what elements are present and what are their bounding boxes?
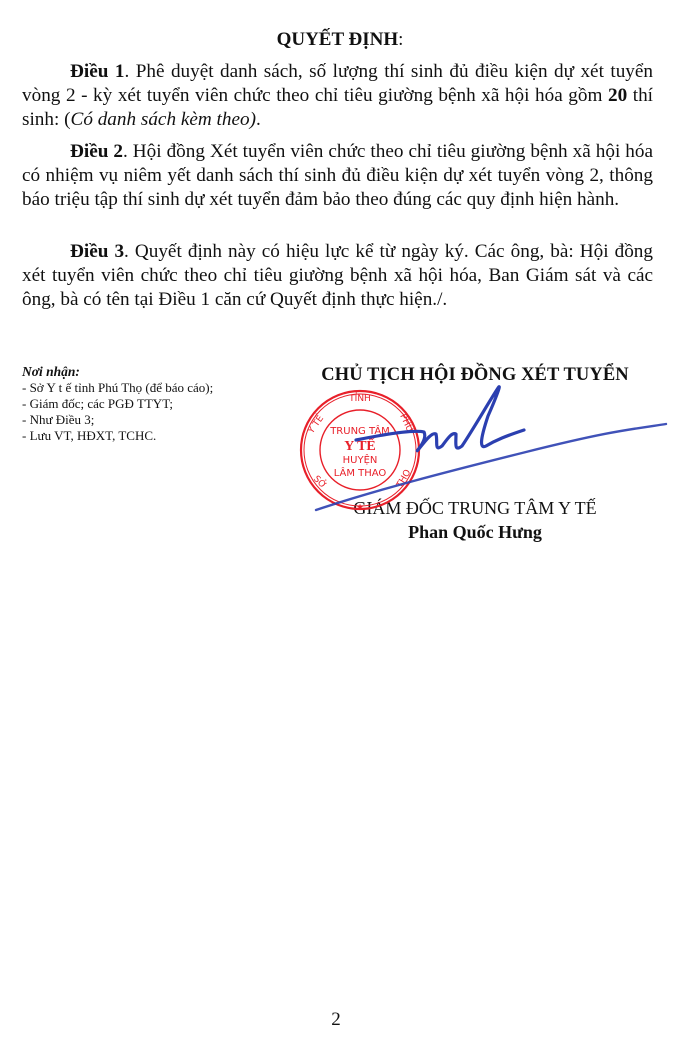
stamp-ring-left: Y TẾ [304,413,326,437]
heading-colon: : [398,29,403,50]
stamp-ring-bottom-left: SỞ [311,473,329,491]
stamp-line-4: LÂM THAO [334,466,387,479]
signatory-position: GIÁM ĐỐC TRUNG TÂM Y TẾ [300,497,650,519]
stamp-line-2: Y TẾ [344,437,376,454]
recipients-block: Nơi nhận: - Sở Y t ế tỉnh Phú Thọ (để bá… [22,364,213,444]
recipients-list: - Sở Y t ế tỉnh Phú Thọ (để báo cáo); - … [22,380,213,444]
stamp-ring-top: TỈNH [348,392,371,404]
recipient-item: - Sở Y t ế tỉnh Phú Thọ (để báo cáo); [22,380,213,396]
stamp-ring-right: PHÚ [397,412,416,434]
stamp-line-1: TRUNG TÂM [329,424,390,437]
recipient-item: - Giám đốc; các PGĐ TTYT; [22,396,213,412]
handwritten-signature-icon [316,387,666,510]
signatory-title: CHỦ TỊCH HỘI ĐỒNG XÉT TUYỂN [300,363,650,387]
article-2: Điều 2. Hội đồng Xét tuyển viên chức the… [22,140,653,212]
document-page: QUYẾT ĐỊNH: Điều 1. Phê duyệt danh sách,… [0,0,700,1058]
official-stamp-icon: TỈNH Y TẾ PHÚ SỞ THỌ TRUNG TÂM Y TẾ HUYỆ… [301,391,419,513]
recipient-item: - Lưu VT, HĐXT, TCHC. [22,428,213,444]
article-1: Điều 1. Phê duyệt danh sách, số lượng th… [22,60,653,132]
candidate-count: 20 [608,85,627,106]
stamp-ring-bottom-right: THỌ [395,468,414,491]
signature-block: CHỦ TỊCH HỘI ĐỒNG XÉT TUYỂN GIÁM ĐỐC TRU… [300,363,650,387]
article-3: Điều 3. Quyết định này có hiệu lực kể từ… [22,240,653,312]
recipients-label: Nơi nhận: [22,364,213,380]
article-2-label: Điều 2 [70,141,123,162]
recipient-item: - Như Điều 3; [22,412,213,428]
stamp-line-3: HUYỆN [343,453,378,466]
article-1-label: Điều 1 [70,61,124,82]
decision-heading: QUYẾT ĐỊNH: [0,28,680,52]
heading-text: QUYẾT ĐỊNH [277,29,399,50]
article-1-end: . [256,109,261,130]
signatory-name: Phan Quốc Hưng [300,521,650,543]
page-number: 2 [0,1008,672,1032]
article-3-label: Điều 3 [70,241,124,262]
attached-list-note: Có danh sách kèm theo) [71,109,256,130]
